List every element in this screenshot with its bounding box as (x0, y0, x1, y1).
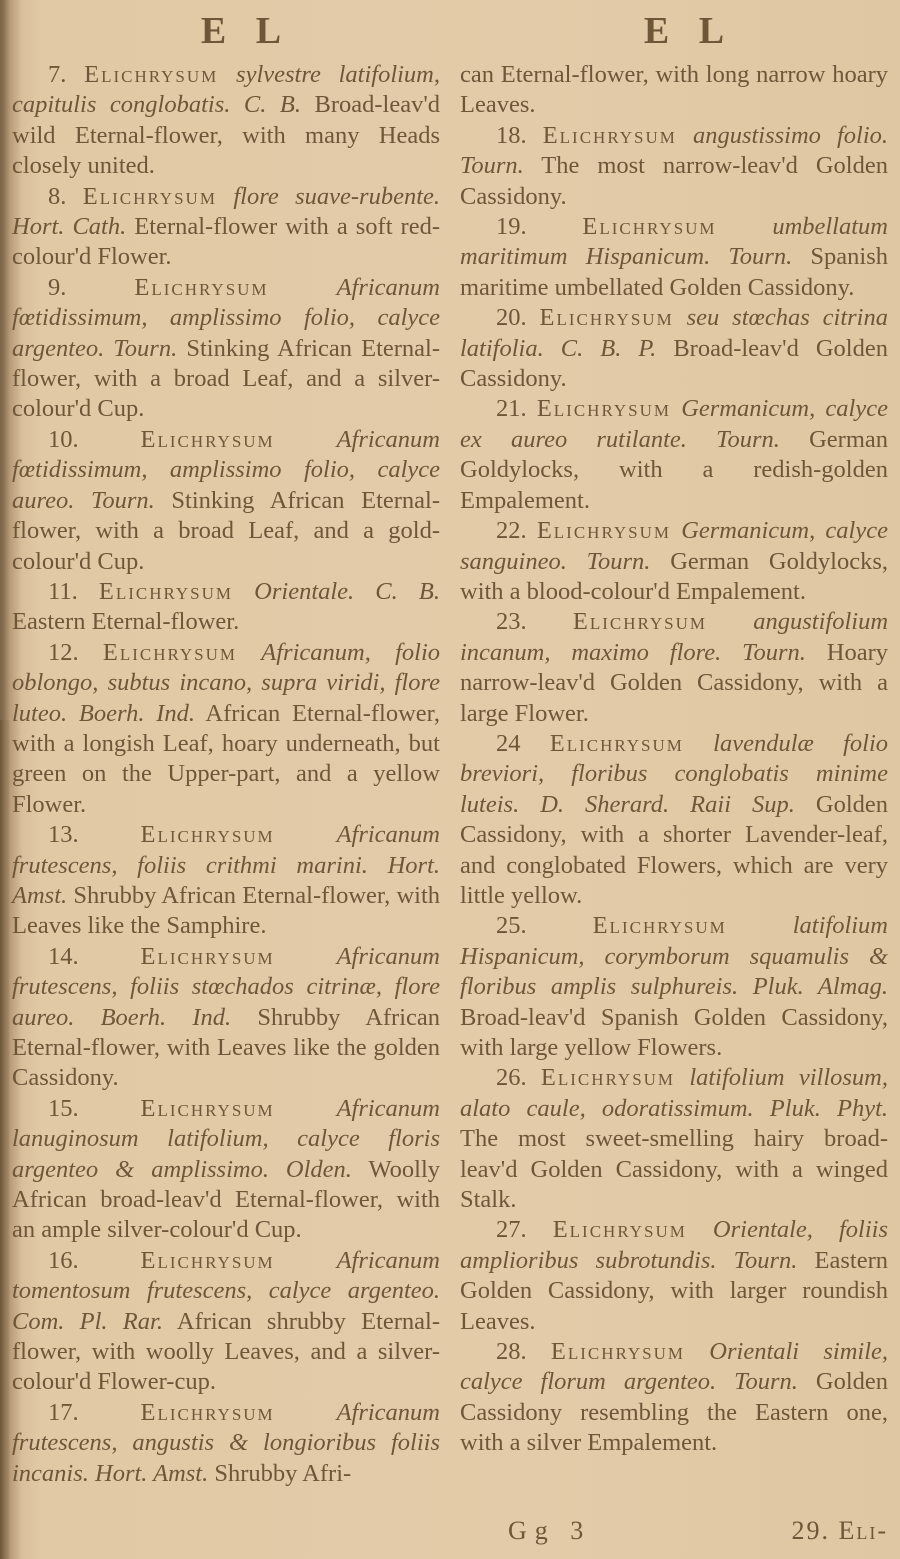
entry-genus: Elichrysum (553, 1216, 687, 1243)
right-column: E L can Eternal-flower, with long narrow… (460, 0, 888, 1459)
entry-number: 17. (48, 1399, 79, 1426)
entry-number: 22. (496, 517, 527, 544)
entry-genus: Elichrysum (573, 608, 707, 635)
species-entry: 10. Elichrysum Africanum fœtidissimum, a… (12, 425, 440, 577)
entry-number: 26. (496, 1064, 527, 1091)
entry-number: 20. (496, 304, 527, 331)
entry-genus: Elichrysum (141, 1095, 275, 1122)
entry-number: 23. (496, 608, 527, 635)
species-entry: 25. Elichrysum latifolium Hispanicum, co… (460, 911, 888, 1063)
species-entry: 15. Elichrysum Africanum lanuginosum lat… (12, 1094, 440, 1246)
entry-genus: Elichrysum (541, 1064, 675, 1091)
species-entry: 24 Elichrysum lavendulæ folio breviori, … (460, 729, 888, 911)
running-head-left: E L (12, 10, 440, 52)
entry-genus: Elichrysum (543, 122, 677, 149)
species-entry: 20. Elichrysum seu stœchas citrina latif… (460, 303, 888, 394)
species-entry: 17. Elichrysum Africanum frutescens, ang… (12, 1398, 440, 1489)
entry-genus: Elichrysum (537, 517, 671, 544)
entry-english-description: Shrubby Afri- (214, 1460, 351, 1487)
entry-genus: Elichrysum (537, 395, 671, 422)
entry-genus: Elichrysum (141, 821, 275, 848)
catchword: 29. Eli- (791, 1514, 888, 1548)
entry-genus: Elichrysum (84, 61, 218, 88)
entry-number: 11. (48, 578, 78, 605)
entry-genus: Elichrysum (540, 304, 674, 331)
entry-number: 15. (48, 1095, 79, 1122)
entry-genus: Elichrysum (134, 274, 268, 301)
species-entry: 23. Elichrysum angustifolium incanum, ma… (460, 607, 888, 729)
entry-number: 14. (48, 943, 79, 970)
species-entry: 19. Elichrysum umbellatum maritimum Hisp… (460, 212, 888, 303)
binding-gutter (0, 720, 10, 1559)
entry-genus: Elichrysum (582, 213, 716, 240)
entry-genus: Elichrysum (593, 912, 727, 939)
entry-number: 19. (496, 213, 527, 240)
entry-number: 8. (48, 183, 66, 210)
species-entry: 18. Elichrysum angustissimo folio. Tourn… (460, 121, 888, 212)
entry-number: 21. (496, 395, 527, 422)
species-entry: 16. Elichrysum Africanum tomentosum frut… (12, 1246, 440, 1398)
page-footer: Gg 3 29. Eli- (460, 1514, 888, 1548)
entry-number: 16. (48, 1247, 79, 1274)
entry-genus: Elichrysum (99, 578, 233, 605)
species-entry: 9. Elichrysum Africanum fœtidissimum, am… (12, 273, 440, 425)
entry-number: 18. (496, 122, 527, 149)
entry-english-description: The most narrow-leav'd Golden Cassidony. (460, 152, 888, 209)
entry-genus: Elichrysum (551, 1338, 685, 1365)
running-head-right: E L (460, 10, 888, 52)
species-entry: 27. Elichrysum Orientale, foliis amplior… (460, 1215, 888, 1337)
right-entries: 18. Elichrysum angustissimo folio. Tourn… (460, 121, 888, 1459)
entry-genus: Elichrysum (550, 730, 684, 757)
species-entry: 22. Elichrysum Germanicum, calyce sangui… (460, 516, 888, 607)
entry-number: 27. (496, 1216, 527, 1243)
left-entries: 7. Elichrysum sylvestre latifolium, capi… (12, 60, 440, 1489)
entry-number: 7. (48, 61, 66, 88)
species-entry: 12. Elichrysum Africanum, folio oblongo,… (12, 638, 440, 820)
species-entry: 26. Elichrysum latifolium villosum, alat… (460, 1063, 888, 1215)
entry-genus: Elichrysum (141, 426, 275, 453)
entry-english-description: Shrubby African Eternal-flower, with Lea… (12, 882, 440, 939)
entry-genus: Elichrysum (141, 943, 275, 970)
species-entry: 11. Elichrysum Orientale. C. B. Eastern … (12, 577, 440, 638)
species-entry: 28. Elichrysum Orientali simile, calyce … (460, 1337, 888, 1459)
signature-mark: Gg 3 (508, 1514, 591, 1548)
entry-english-description: Broad-leav'd Spanish Golden Cassidony, w… (460, 1004, 888, 1061)
entry-english-description: The most sweet-smelling hairy broad-leav… (460, 1125, 888, 1213)
entry-genus: Elichrysum (83, 183, 217, 210)
left-column: E L 7. Elichrysum sylvestre latifolium, … (12, 0, 440, 1489)
continued-entry-text: can Eternal-flower, with long narrow hoa… (460, 60, 888, 121)
entry-number: 13. (48, 821, 79, 848)
species-entry: 14. Elichrysum Africanum frutescens, fol… (12, 942, 440, 1094)
entry-genus: Elichrysum (103, 639, 237, 666)
species-entry: 21. Elichrysum Germanicum, calyce ex aur… (460, 394, 888, 516)
species-entry: 13. Elichrysum Africanum frutescens, fol… (12, 820, 440, 942)
entry-number: 9. (48, 274, 66, 301)
entry-number: 10. (48, 426, 79, 453)
entry-number: 24 (496, 730, 521, 757)
entry-genus: Elichrysum (141, 1247, 275, 1274)
entry-number: 25. (496, 912, 527, 939)
species-entry: 7. Elichrysum sylvestre latifolium, capi… (12, 60, 440, 182)
entry-number: 12. (48, 639, 79, 666)
entry-english-description: Eastern Eternal-flower. (12, 608, 239, 635)
entry-latin-name: Orientale. C. B. (254, 578, 440, 605)
entry-genus: Elichrysum (141, 1399, 275, 1426)
species-entry: 8. Elichrysum flore suave-rubente. Hort.… (12, 182, 440, 273)
entry-number: 28. (496, 1338, 527, 1365)
